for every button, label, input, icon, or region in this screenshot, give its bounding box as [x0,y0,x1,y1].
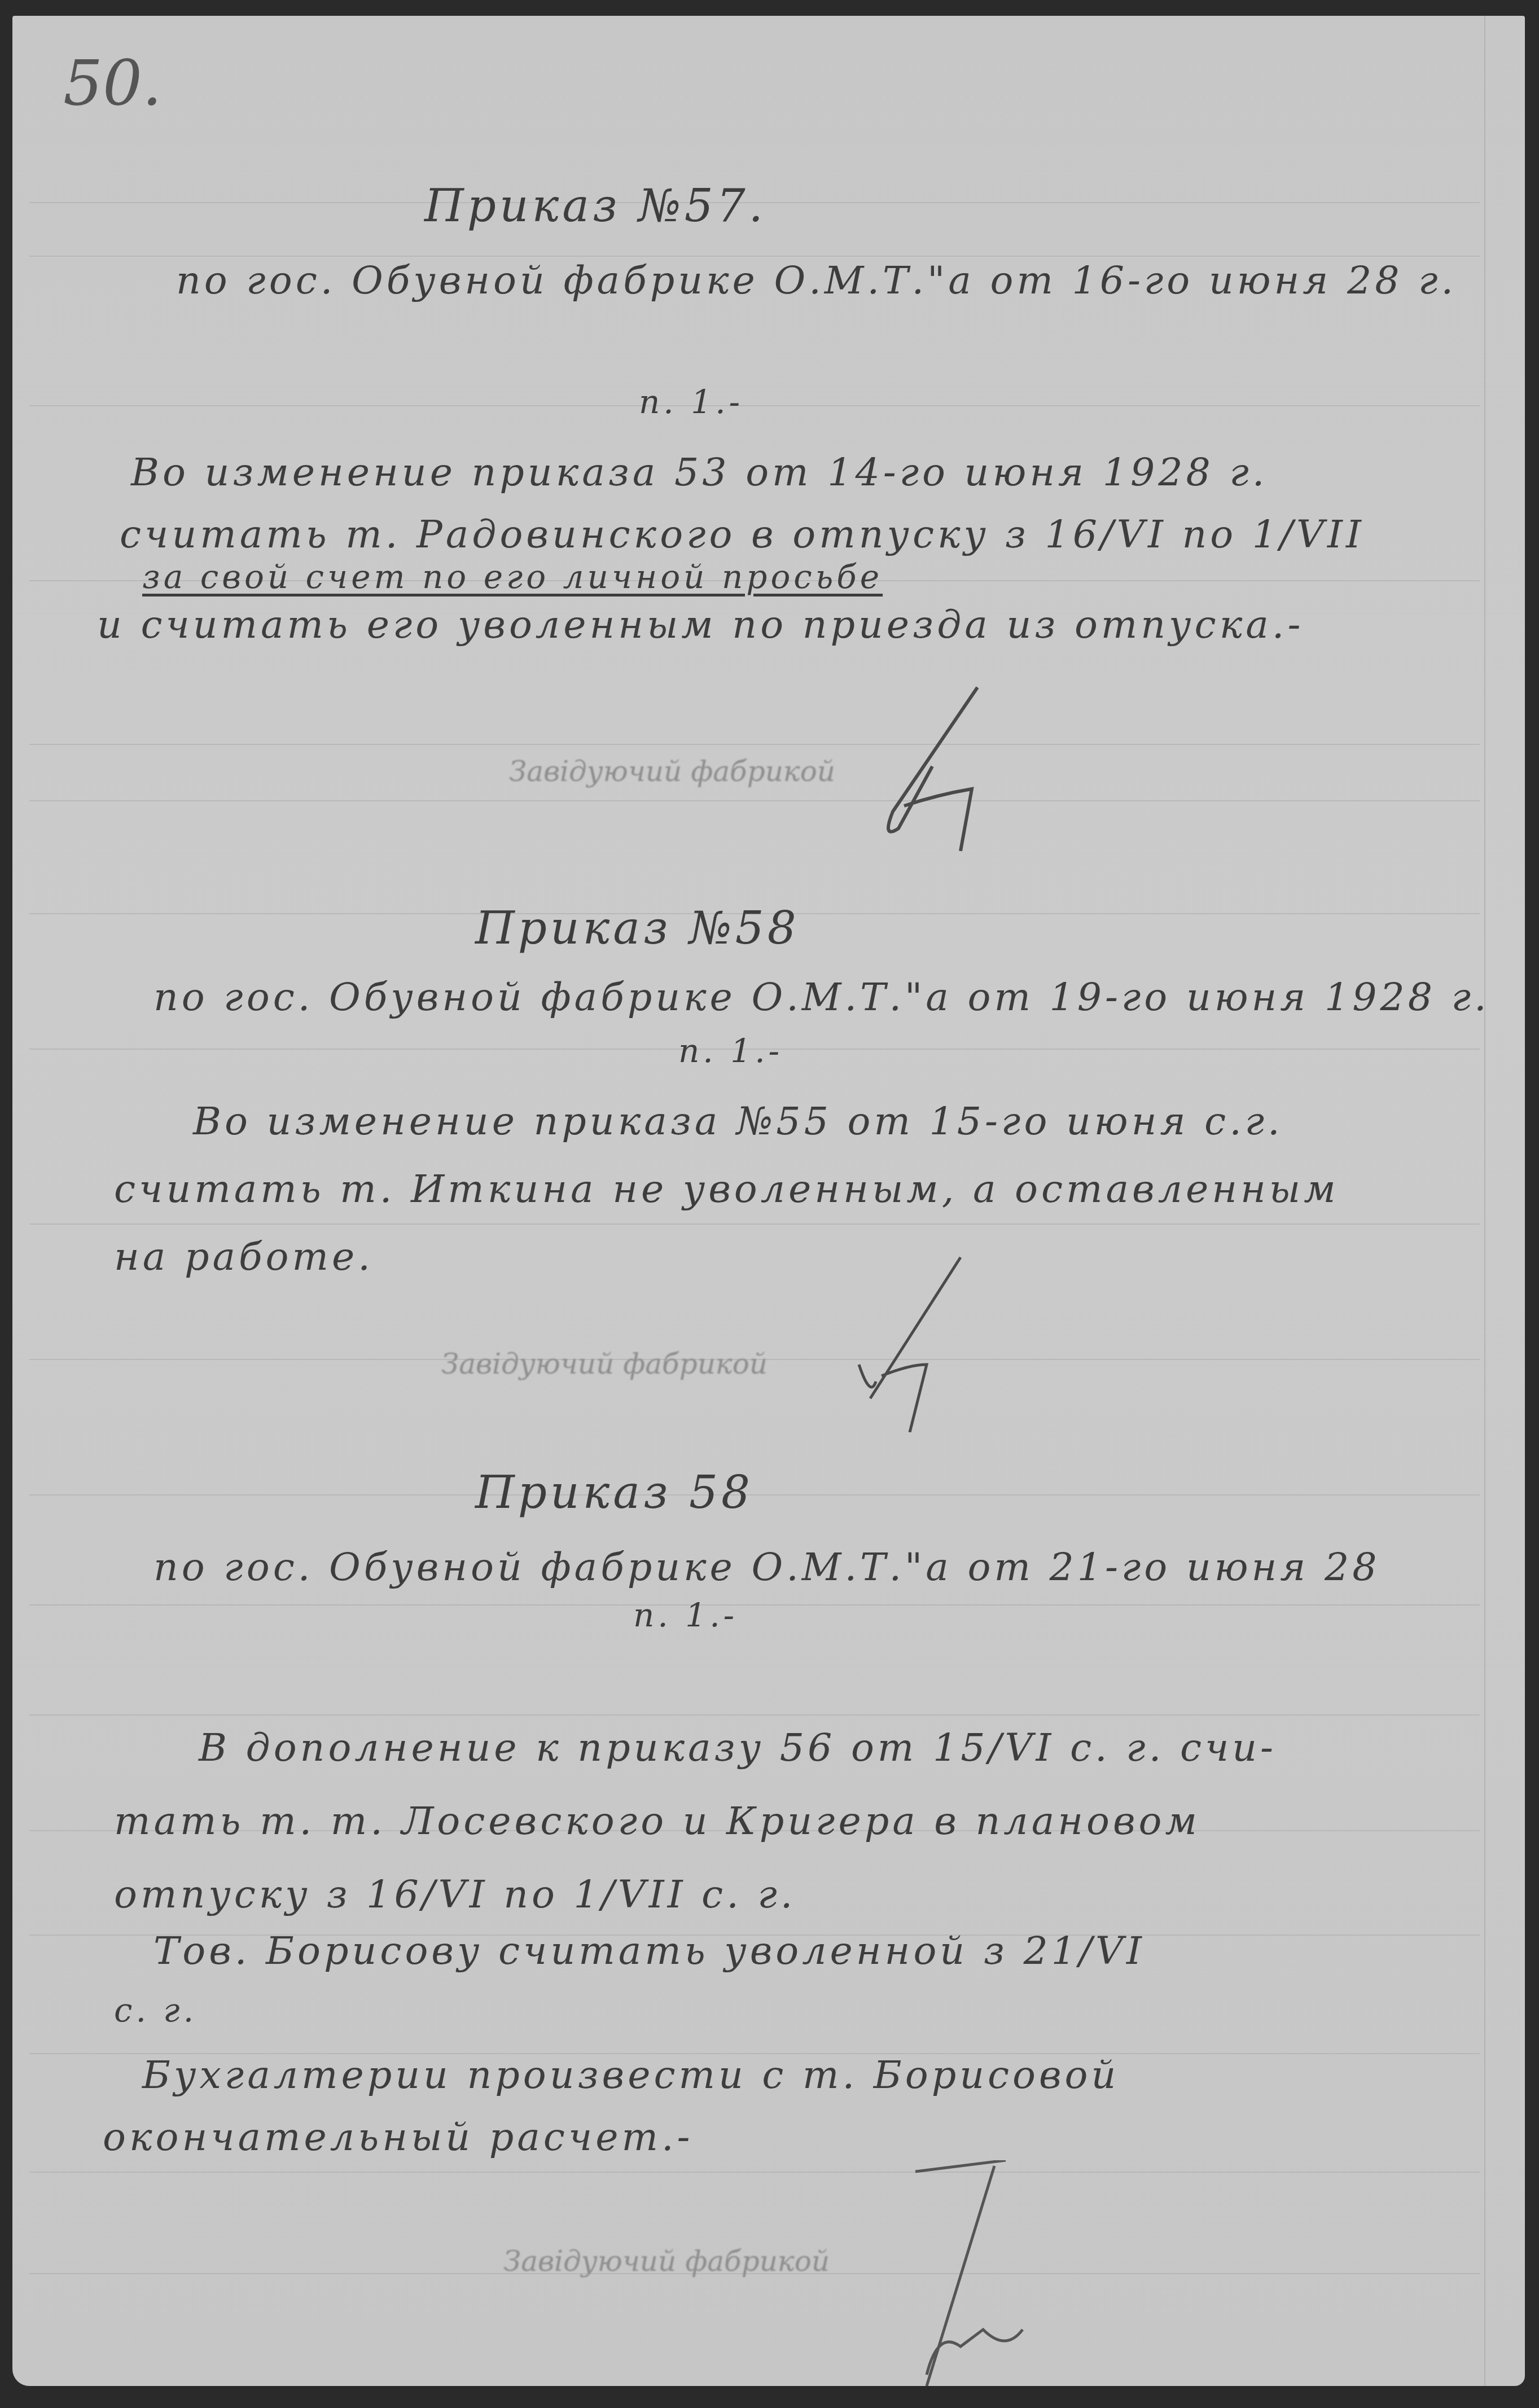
order-1-title: Приказ №57. [424,179,766,232]
signature [893,2160,1073,2386]
stamp-director: Завідуючий фабрикой [509,755,835,788]
order-3-line: с. г. [114,1991,197,2029]
order-2-header: по гос. Обувной фабрике О.М.Т."а от 19-г… [154,975,1490,1020]
ruled-line [29,2172,1480,2173]
order-3-line: отпуску з 16/VI по 1/VII с. г. [114,1872,796,1917]
order-3-line: тать т. т. Лосевского и Кригера в планов… [114,1799,1200,1844]
signature [836,682,1040,862]
order-3-point: п. 1.- [633,1596,738,1634]
ruled-line [29,800,1480,801]
order-2-line: Во изменение приказа №55 от 15-го июня с… [193,1099,1283,1144]
order-3-title: Приказ 58 [475,1466,753,1519]
ruled-line [29,256,1480,257]
order-2-point: п. 1.- [678,1032,783,1070]
order-1-header: по гос. Обувной фабрике О.М.Т."а от 16-г… [176,258,1457,303]
page-fold [1484,16,1485,2386]
ruled-line [29,744,1480,745]
order-3-line: В дополнение к приказу 56 от 15/VI с. г.… [199,1726,1277,1770]
ruled-line [29,1714,1480,1716]
ruled-line [29,1604,1480,1606]
order-3-header: по гос. Обувной фабрике О.М.Т."а от 21-г… [154,1545,1380,1590]
order-3-line: окончательный расчет.- [103,2115,694,2160]
order-1-point: п. 1.- [639,383,743,421]
stamp-director: Завідуючий фабрикой [503,2245,830,2278]
order-1-line: считать т. Радовинского в отпуску з 16/V… [120,512,1365,557]
ruled-line [29,1494,1480,1495]
order-1-line: и считать его уволенным по приезда из от… [97,603,1304,647]
signature [825,1252,972,1432]
order-1-line: Во изменение приказа 53 от 14-го июня 19… [131,450,1268,495]
order-1-line: за свой счет по его личной просьбе [142,558,883,596]
ruled-line [29,405,1480,406]
stamp-director: Завідуючий фабрикой [441,1348,768,1380]
order-2-title: Приказ №58 [475,902,800,954]
document-page: 50. Приказ №57. по гос. Обувной фабрике … [12,16,1525,2386]
order-3-line: Тов. Борисову считать уволенной з 21/VI [154,1929,1145,1973]
order-3-line: Бухгалтерии произвести с т. Борисовой [142,2053,1119,2098]
order-2-line: считать т. Иткина не уволенным, а оставл… [114,1167,1339,1212]
order-2-line: на работе. [114,1235,374,1279]
page-number: 50. [63,47,162,119]
ruled-line [29,1223,1480,1225]
